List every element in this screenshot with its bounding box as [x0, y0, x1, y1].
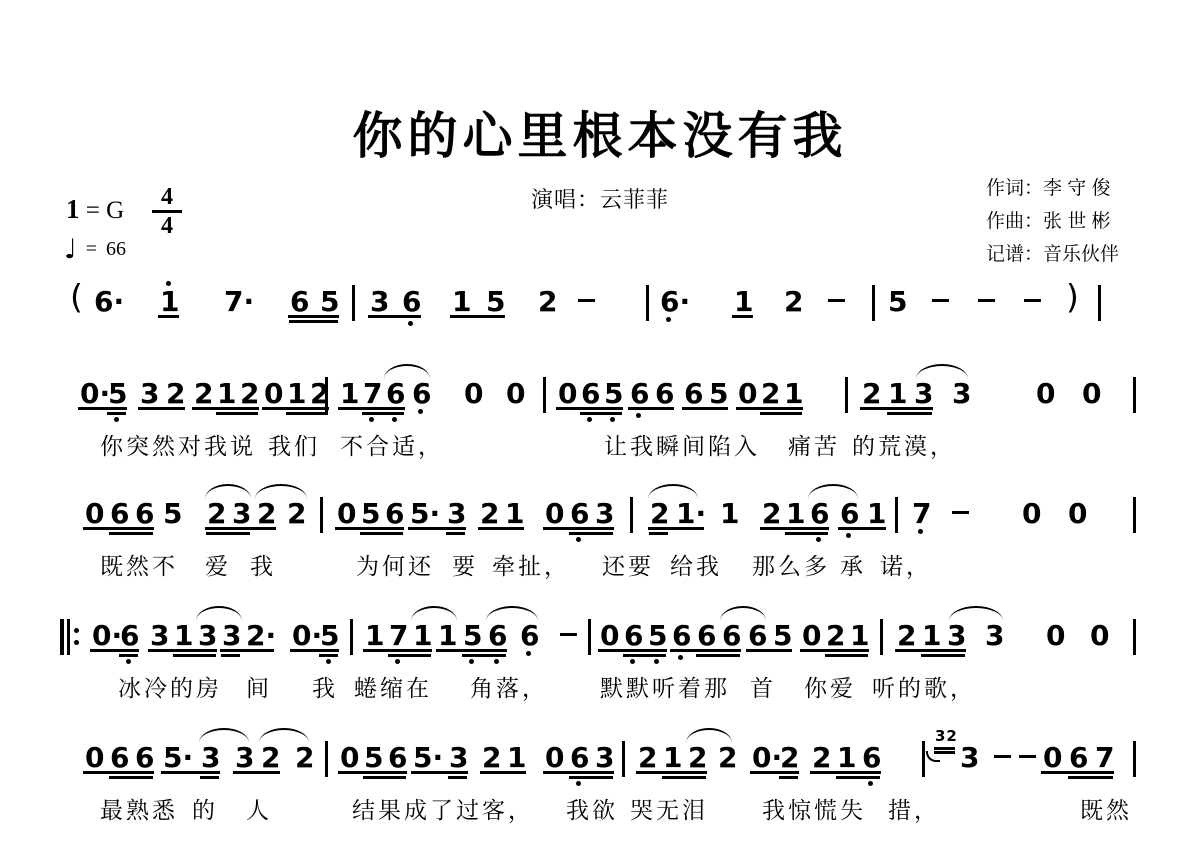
note: 3	[222, 622, 241, 650]
note: 6	[722, 622, 741, 650]
eighth-beam	[158, 315, 179, 318]
lyric-run: 还要	[602, 548, 654, 581]
note: 7	[389, 622, 408, 650]
lyric-run: 我	[312, 670, 338, 703]
note: 6	[135, 500, 154, 528]
eighth-beam	[750, 771, 799, 774]
barline	[1133, 741, 1136, 777]
note: 1	[287, 380, 306, 408]
note: 0	[558, 380, 577, 408]
eighth-beam	[598, 649, 667, 652]
lyric-run: 牵扯，	[492, 548, 570, 581]
tempo-marking: ♩ = 66	[64, 236, 126, 263]
note: 6	[520, 622, 539, 650]
note: 2	[688, 744, 707, 772]
note: 5	[486, 288, 505, 316]
lyric-run: 让我瞬间陷入	[604, 428, 760, 461]
lyric-run: 我	[250, 548, 276, 581]
sixteenth-beam	[446, 532, 465, 535]
lyric-run: 你爱	[804, 670, 856, 703]
note: 0	[340, 744, 359, 772]
barline	[630, 497, 633, 533]
sixteenth-beam	[206, 532, 250, 535]
sixteenth-beam	[760, 412, 802, 415]
note: 3	[201, 744, 220, 772]
eighth-beam	[543, 771, 614, 774]
eighth-beam	[148, 649, 217, 652]
eighth-beam	[450, 315, 505, 318]
song-title: 你的心里根本没有我	[0, 96, 1200, 168]
note: 2	[780, 744, 799, 772]
sixteenth-beam	[649, 532, 668, 535]
octave-dot-low	[576, 781, 581, 786]
eighth-beam	[682, 407, 728, 410]
note: 6	[840, 500, 859, 528]
note: 5	[364, 744, 383, 772]
eighth-beam	[800, 649, 869, 652]
octave-dot-low	[395, 659, 400, 664]
sixteenth-beam	[785, 532, 828, 535]
note: 2	[784, 288, 803, 316]
eighth-beam	[860, 407, 933, 410]
note: 0	[337, 500, 356, 528]
time-signature: 4 4	[152, 184, 182, 239]
octave-dot-low	[678, 655, 683, 660]
eighth-beam	[220, 649, 274, 652]
note: 0	[545, 500, 564, 528]
note: 2	[480, 500, 499, 528]
note: 2	[897, 622, 916, 650]
duration-dash	[932, 299, 949, 302]
note: 3	[140, 380, 159, 408]
note: 2	[207, 500, 226, 528]
note: 7	[363, 380, 382, 408]
eighth-beam	[205, 527, 276, 530]
note: 0	[506, 380, 525, 408]
sixteenth-beam	[887, 412, 932, 415]
note: 5·	[410, 500, 440, 528]
octave-dot-low	[636, 413, 641, 418]
note: 6	[386, 380, 405, 408]
barline	[1098, 285, 1101, 321]
repeat-start-barline	[67, 619, 70, 655]
octave-dot-low	[846, 533, 851, 538]
eighth-beam	[288, 315, 339, 318]
note: 6	[672, 622, 691, 650]
duration-dash	[952, 511, 969, 514]
note: 7·	[224, 288, 254, 316]
note: 3	[595, 500, 614, 528]
note: 0·	[92, 622, 122, 650]
note: 5	[320, 622, 339, 650]
note: 2	[638, 744, 657, 772]
note: 5	[604, 380, 623, 408]
eighth-beam	[338, 407, 405, 410]
note: 0	[1043, 744, 1062, 772]
note: 1	[888, 380, 907, 408]
lyric-run: 蜷缩在	[354, 670, 432, 703]
note: 5	[163, 500, 182, 528]
note: 3	[595, 744, 614, 772]
note: 5·	[413, 744, 443, 772]
note: 1	[413, 622, 432, 650]
barline	[872, 285, 875, 321]
octave-dot-low	[326, 659, 331, 664]
tempo-bpm: 66	[106, 238, 126, 261]
duration-dash	[978, 299, 995, 302]
note: 5	[320, 288, 339, 316]
note: 6	[862, 744, 881, 772]
barline	[352, 285, 355, 321]
octave-dot-low	[392, 417, 397, 422]
barline	[325, 741, 328, 777]
note: 2	[482, 744, 501, 772]
eighth-beam	[670, 649, 741, 652]
note: 1	[452, 288, 471, 316]
repeat-dot	[74, 640, 79, 645]
eighth-beam	[338, 771, 407, 774]
slur-arc	[486, 606, 538, 621]
note: 1	[786, 500, 805, 528]
note: 3	[960, 744, 979, 772]
slur-arc	[205, 484, 251, 499]
note: 6	[1069, 744, 1088, 772]
repeat-start-barline	[60, 619, 64, 655]
note: 6	[630, 380, 649, 408]
sixteenth-beam	[363, 776, 406, 779]
sheet-music-page: 你的心里根本没有我 演唱：云菲菲 作词：李 守 俊 作曲：张 世 彬 记谱：音乐…	[0, 0, 1200, 850]
lyric-run: 爱	[205, 548, 231, 581]
note: 2	[826, 622, 845, 650]
key-solfa: 1	[66, 194, 80, 224]
lyric-run: 不合适，	[340, 428, 444, 461]
sixteenth-beam	[580, 412, 622, 415]
sixteenth-beam	[221, 654, 240, 657]
note: 2	[166, 380, 185, 408]
note: 6	[402, 288, 421, 316]
grace-tie-hook	[926, 751, 940, 762]
note: 2	[194, 380, 213, 408]
sixteenth-beam	[1068, 776, 1113, 779]
grace-notes: 32	[935, 729, 958, 744]
note: 1	[340, 380, 359, 408]
barline	[1133, 619, 1136, 655]
note: 3	[947, 622, 966, 650]
slur-arc	[196, 606, 242, 621]
note: 5	[773, 622, 792, 650]
lyric-run: 最熟悉	[100, 792, 178, 825]
note: 6	[748, 622, 767, 650]
intro-paren: (	[70, 283, 83, 311]
note: 5·	[163, 744, 193, 772]
sixteenth-beam	[696, 654, 740, 657]
note: 3	[447, 500, 466, 528]
eighth-beam	[83, 527, 154, 530]
note: 2	[257, 500, 276, 528]
quarter-note-icon: ♩	[64, 236, 77, 263]
grace-beam	[934, 747, 955, 750]
sixteenth-beam	[286, 412, 328, 415]
note: 1	[160, 288, 179, 316]
note: 2	[812, 744, 831, 772]
lyric-run: 间	[246, 670, 272, 703]
note: 6	[570, 500, 589, 528]
barline	[320, 497, 323, 533]
note: 5	[361, 500, 380, 528]
eighth-beam	[736, 407, 803, 410]
barline	[622, 741, 625, 777]
note: 1·	[676, 500, 706, 528]
eighth-beam	[556, 407, 623, 410]
note: 0	[1068, 500, 1087, 528]
octave-dot-low	[526, 651, 531, 656]
note: 6	[810, 500, 829, 528]
note: 7	[1095, 744, 1114, 772]
note: 0	[545, 744, 564, 772]
barline	[1133, 497, 1136, 533]
sixteenth-beam	[173, 654, 216, 657]
sixteenth-beam	[109, 776, 153, 779]
lyric-run: 措，	[888, 792, 940, 825]
note: 1	[663, 744, 682, 772]
note: 1	[837, 744, 856, 772]
eighth-beam	[436, 649, 507, 652]
lyric-run: 默默听着那	[600, 670, 730, 703]
octave-dot-low	[408, 321, 413, 326]
repeat-dot	[74, 628, 79, 633]
note: 0	[1082, 380, 1101, 408]
note: 3	[985, 622, 1004, 650]
barline	[880, 619, 883, 655]
tempo-equals: =	[86, 238, 97, 261]
slur-arc	[411, 606, 457, 621]
note: 5	[709, 380, 728, 408]
note: 5	[888, 288, 907, 316]
note: 6	[120, 622, 139, 650]
eighth-beam	[636, 771, 707, 774]
lyric-run: 的	[192, 792, 218, 825]
barline	[350, 619, 353, 655]
lyric-run: 要	[452, 548, 478, 581]
sixteenth-beam	[448, 776, 467, 779]
octave-dot-low	[418, 409, 423, 414]
note: 1	[365, 622, 384, 650]
eighth-beam	[90, 649, 139, 652]
eighth-beam	[543, 527, 614, 530]
eighth-beam	[760, 527, 829, 530]
eighth-beam	[628, 407, 674, 410]
note: 0	[264, 380, 283, 408]
meter-numerator: 4	[152, 184, 182, 210]
note: 6	[697, 622, 716, 650]
note: 2	[650, 500, 669, 528]
barline	[895, 497, 898, 533]
octave-dot-low	[816, 537, 821, 542]
lyric-run: 既然不	[100, 548, 178, 581]
lyric-run: 冰冷的房	[118, 670, 222, 703]
eighth-beam	[78, 407, 127, 410]
note: 3	[235, 744, 254, 772]
eighth-beam	[335, 527, 404, 530]
lyric-run: 给我	[670, 548, 722, 581]
lyric-run: 角落，	[470, 670, 548, 703]
note: 6	[290, 288, 309, 316]
eighth-beam	[732, 315, 753, 318]
note: 0	[1022, 500, 1041, 528]
lyric-run: 那么多	[752, 548, 830, 581]
lyric-run: 我惊慌失	[762, 792, 866, 825]
slur-arc	[916, 364, 968, 379]
note: 6	[110, 500, 129, 528]
eighth-beam	[478, 527, 524, 530]
note: 6	[684, 380, 703, 408]
sixteenth-beam	[388, 654, 431, 657]
lyric-run: 听的歌，	[872, 670, 976, 703]
eighth-beam	[363, 649, 432, 652]
lyric-run: 诺，	[880, 548, 932, 581]
key-signature: 1 = G	[66, 194, 124, 225]
sixteenth-beam	[779, 776, 798, 779]
credits-block: 作词：李 守 俊 作曲：张 世 彬 记谱：音乐伙伴	[986, 172, 1119, 271]
note: 3	[449, 744, 468, 772]
eighth-beam	[895, 649, 966, 652]
octave-dot-low	[666, 317, 671, 322]
sixteenth-beam	[569, 532, 613, 535]
note: 3	[150, 622, 169, 650]
note: 0	[464, 380, 483, 408]
note: 6·	[660, 288, 690, 316]
note: 0	[85, 744, 104, 772]
note: 1	[720, 500, 739, 528]
slur-arc	[949, 606, 1003, 621]
note: 2	[240, 380, 259, 408]
slur-arc	[259, 728, 309, 743]
note: 6	[570, 744, 589, 772]
note: 6	[385, 500, 404, 528]
lyric-run: 承	[840, 548, 866, 581]
note: 2	[761, 380, 780, 408]
octave-dot-low	[576, 537, 581, 542]
eighth-beam	[290, 649, 339, 652]
eighth-beam	[161, 771, 220, 774]
note: 1	[438, 622, 457, 650]
lyricist-credit: 作词：李 守 俊	[986, 172, 1119, 205]
sixteenth-beam	[623, 654, 666, 657]
note: 6	[624, 622, 643, 650]
note: 0	[600, 622, 619, 650]
note: 2	[762, 500, 781, 528]
octave-dot-low	[587, 417, 592, 422]
barline	[543, 377, 546, 413]
sixteenth-beam	[921, 654, 965, 657]
eighth-beam	[233, 771, 280, 774]
octave-dot-low	[654, 659, 659, 664]
octave-dot-low	[610, 417, 615, 422]
note: 2	[261, 744, 280, 772]
note: 2	[310, 380, 329, 408]
note: 5	[463, 622, 482, 650]
note: 0	[85, 500, 104, 528]
eighth-beam	[810, 771, 881, 774]
composer-credit: 作曲：张 世 彬	[986, 205, 1119, 238]
note: 0·	[752, 744, 782, 772]
barline	[845, 377, 848, 413]
duration-dash	[578, 299, 595, 302]
note: 3	[198, 622, 217, 650]
octave-dot-low	[918, 529, 923, 534]
note: 6	[110, 744, 129, 772]
slur-arc	[720, 606, 766, 621]
octave-dot-low	[630, 659, 635, 664]
sixteenth-beam	[462, 654, 506, 657]
note: 6	[388, 744, 407, 772]
note: 1	[174, 622, 193, 650]
octave-dot-low	[114, 417, 119, 422]
lyric-run: 你突然对我说	[100, 428, 256, 461]
note: 2	[295, 744, 314, 772]
eighth-beam	[480, 771, 526, 774]
note: 0	[1046, 622, 1065, 650]
barline	[1133, 377, 1136, 413]
notation-credit: 记谱：音乐伙伴	[986, 238, 1119, 271]
note: 3	[370, 288, 389, 316]
note: 1	[784, 380, 803, 408]
eighth-beam	[648, 527, 704, 530]
note: 3	[232, 500, 251, 528]
duration-dash	[828, 299, 845, 302]
note: 5	[108, 380, 127, 408]
note: 6·	[94, 288, 124, 316]
note: 1	[505, 500, 524, 528]
eighth-beam	[411, 771, 468, 774]
note: 6	[488, 622, 507, 650]
note: 2·	[246, 622, 276, 650]
sixteenth-beam	[319, 654, 338, 657]
note: 0	[738, 380, 757, 408]
sixteenth-beam	[825, 654, 868, 657]
note: 1	[217, 380, 236, 408]
note: 0·	[80, 380, 110, 408]
note: 7	[912, 500, 931, 528]
octave-dot-low	[469, 659, 474, 664]
key-tonic: G	[106, 197, 124, 224]
note: 0	[1090, 622, 1109, 650]
note: 1	[867, 500, 886, 528]
octave-dot-high	[166, 281, 171, 286]
barline	[922, 741, 925, 777]
eighth-beam	[408, 527, 466, 530]
duration-dash	[560, 633, 577, 636]
sixteenth-beam	[109, 532, 153, 535]
note: 1	[850, 622, 869, 650]
lyric-run: 既然	[1080, 792, 1132, 825]
sixteenth-beam	[200, 776, 219, 779]
lyric-run: 人	[246, 792, 272, 825]
duration-dash	[994, 755, 1011, 758]
sixteenth-beam	[569, 776, 613, 779]
barline	[588, 619, 591, 655]
eighth-beam	[83, 771, 154, 774]
note: 6	[135, 744, 154, 772]
lyric-run: 哭无泪	[630, 792, 708, 825]
meter-denominator: 4	[152, 213, 182, 239]
note: 6	[412, 380, 431, 408]
note: 2	[538, 288, 557, 316]
slur-arc	[648, 484, 698, 499]
sixteenth-beam	[362, 412, 404, 415]
note: 2	[287, 500, 306, 528]
key-equals: =	[86, 197, 100, 224]
